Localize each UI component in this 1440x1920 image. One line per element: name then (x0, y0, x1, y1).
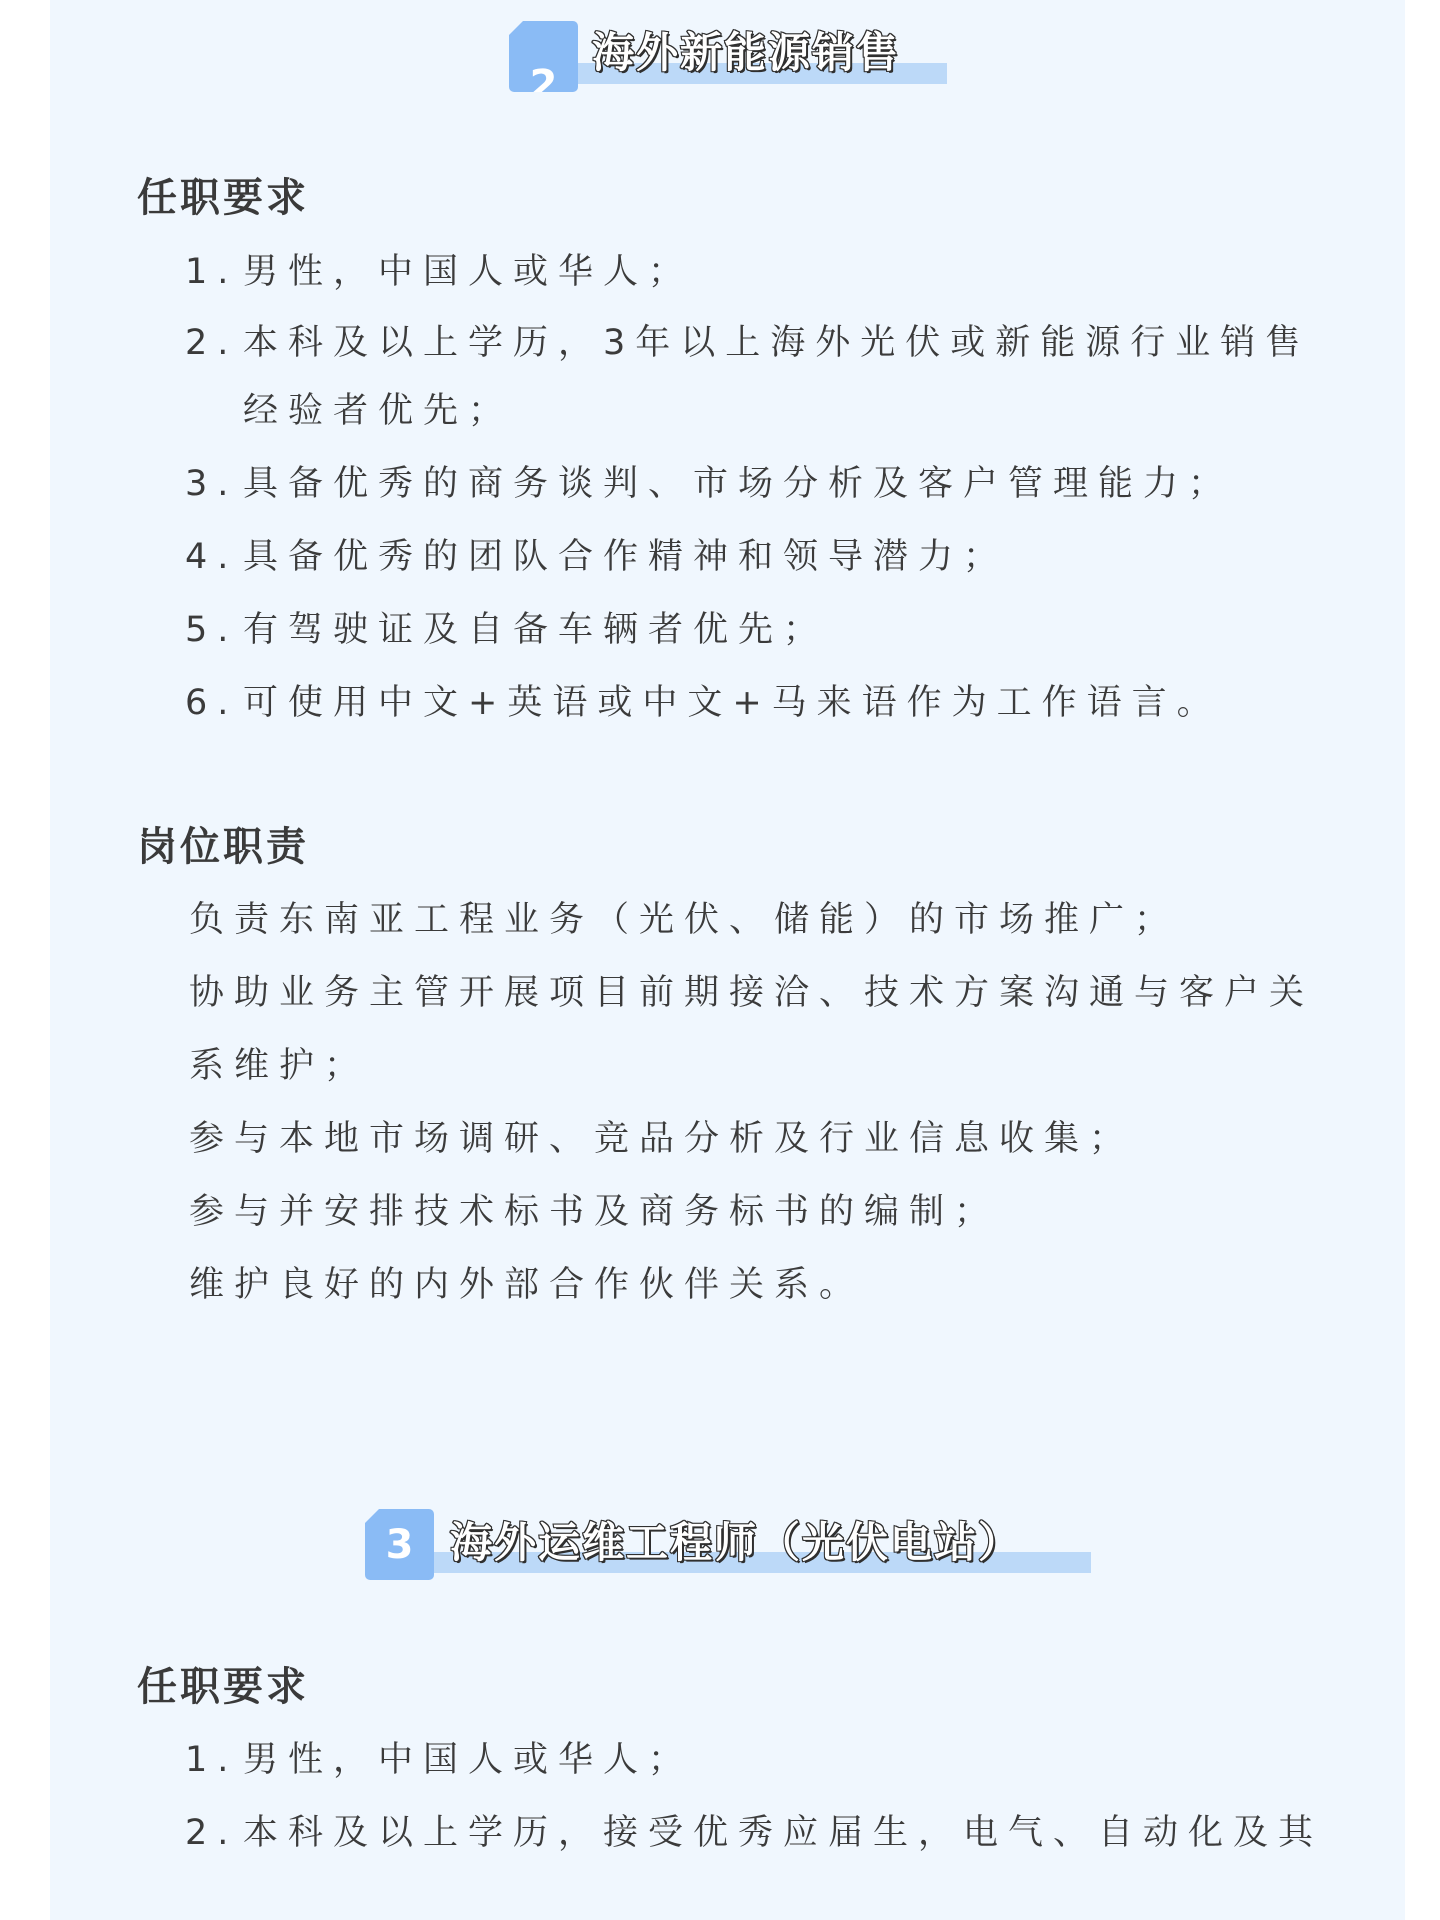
item-text: 本科及以上学历，3年以上海外光伏或新能源行业销售 (243, 318, 1310, 368)
item-text: 本科及以上学历，接受优秀应届生，电气、自动化及其 (243, 1808, 1323, 1858)
duty-item: 参与并安排技术标书及商务标书的编制； (189, 1187, 999, 1237)
duties-heading: 岗位职责 (137, 822, 309, 872)
item-text: 具备优秀的团队合作精神和领导潜力； (243, 532, 1008, 582)
item-number: 1. (185, 1735, 241, 1785)
duty-item: 参与本地市场调研、竞品分析及行业信息收集； (189, 1114, 1134, 1164)
item-number: 2. (185, 1808, 241, 1858)
section-number-badge: 2 (509, 21, 578, 92)
requirements-heading: 任职要求 (137, 173, 309, 223)
item-text: 男性，中国人或华人； (243, 247, 693, 297)
item-number: 5. (185, 605, 241, 655)
item-text: 经验者优先； (243, 386, 513, 436)
item-text: 具备优秀的商务谈判、市场分析及客户管理能力； (243, 459, 1233, 509)
item-number: 2. (185, 318, 241, 368)
item-number: 4. (185, 532, 241, 582)
duty-item-continuation: 系维护； (189, 1041, 369, 1091)
section-number-badge: 3 (365, 1509, 434, 1580)
section-title: 海外运维工程师（光伏电站） (450, 1518, 1022, 1568)
item-number: 3. (185, 459, 241, 509)
item-text: 可使用中文+英语或中文+马来语作为工作语言。 (243, 678, 1222, 728)
duty-item: 协助业务主管开展项目前期接洽、技术方案沟通与客户关 (189, 968, 1314, 1018)
section-number: 3 (365, 1525, 434, 1565)
duty-item: 负责东南亚工程业务（光伏、储能）的市场推广； (189, 895, 1179, 945)
section-title: 海外新能源销售 (592, 28, 900, 78)
requirements-heading: 任职要求 (137, 1662, 309, 1712)
item-number: 1. (185, 247, 241, 297)
item-number: 6. (185, 678, 241, 728)
item-text: 男性，中国人或华人； (243, 1735, 693, 1785)
item-text: 有驾驶证及自备车辆者优先； (243, 605, 828, 655)
duty-item: 维护良好的内外部合作伙伴关系。 (189, 1260, 864, 1310)
